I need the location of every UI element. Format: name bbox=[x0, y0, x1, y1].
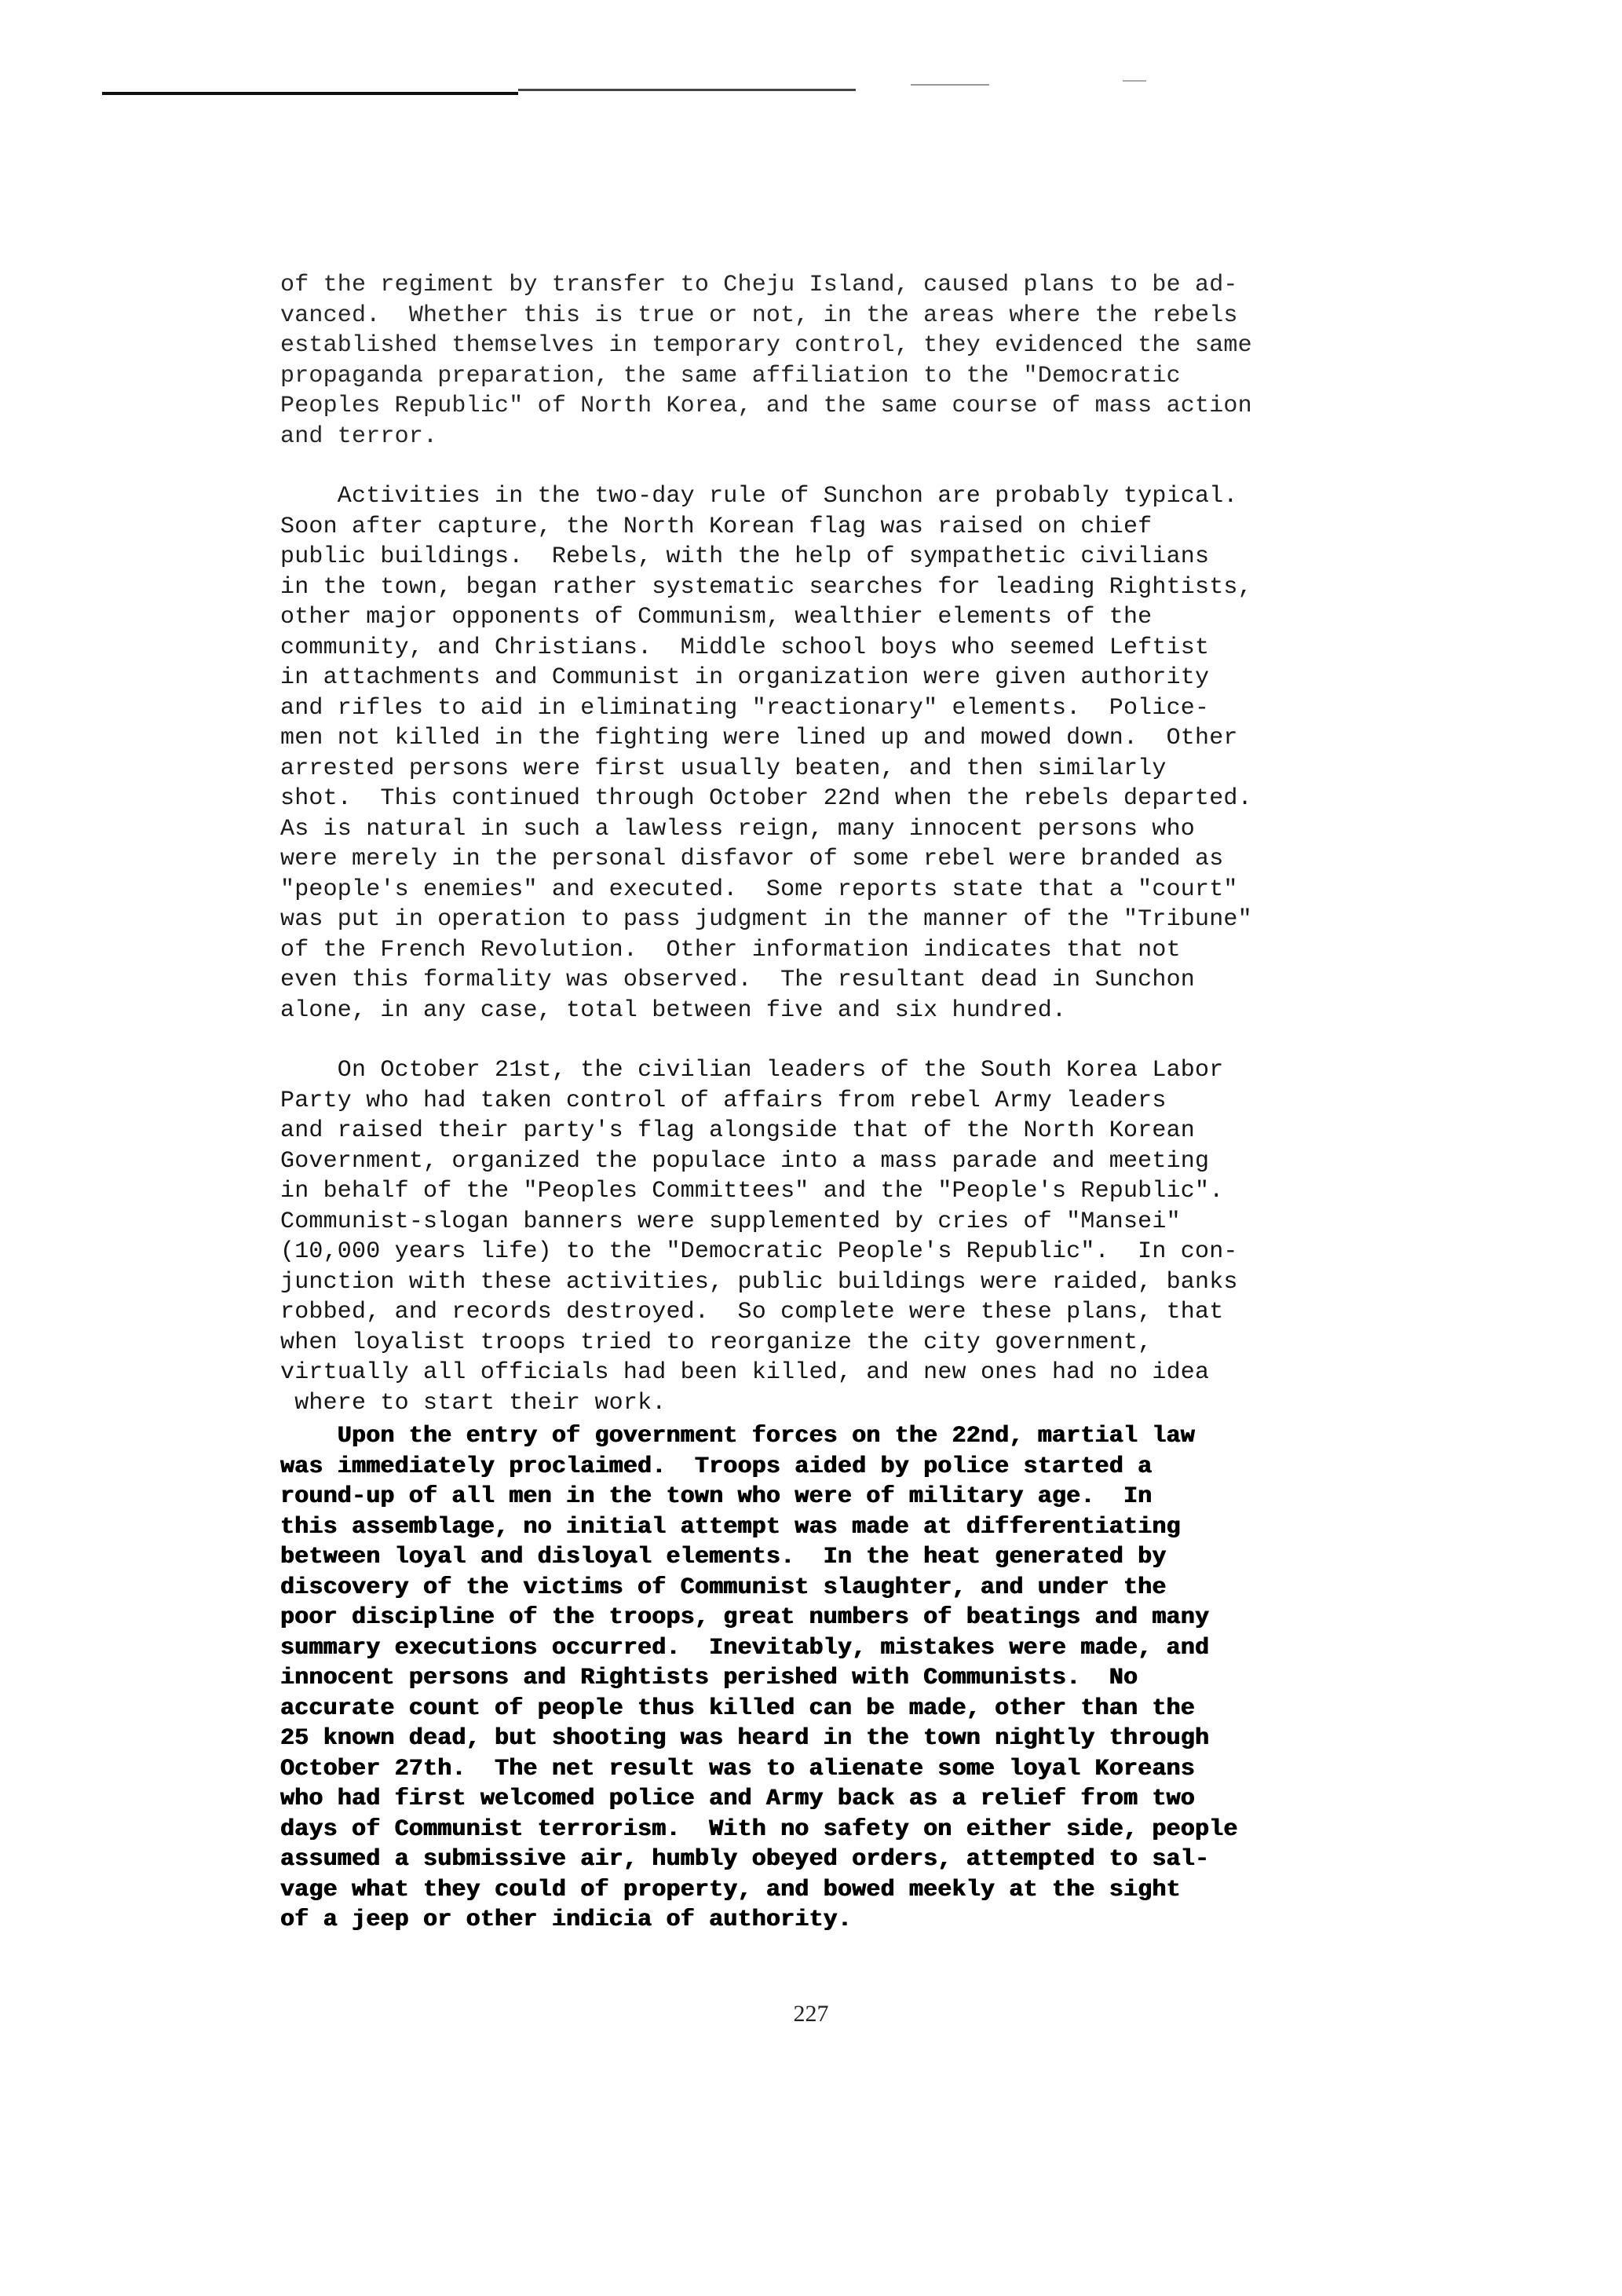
paragraph-sunchon-activities: Activities in the two-day rule of Suncho… bbox=[280, 481, 1332, 1026]
page-number: 227 bbox=[0, 2001, 1622, 2027]
scan-artifact-rule bbox=[1123, 80, 1146, 82]
paragraph-october-21st: On October 21st, the civilian leaders of… bbox=[280, 1055, 1332, 1418]
scan-artifact-rule bbox=[911, 84, 989, 86]
scan-artifact-rule bbox=[518, 89, 856, 91]
paragraph-cheju-island: of the regiment by transfer to Cheju Isl… bbox=[280, 270, 1332, 452]
scan-artifact-rule bbox=[102, 92, 518, 95]
paragraph-government-entry: Upon the entry of government forces on t… bbox=[280, 1421, 1332, 1936]
document-body: of the regiment by transfer to Cheju Isl… bbox=[280, 270, 1332, 1936]
